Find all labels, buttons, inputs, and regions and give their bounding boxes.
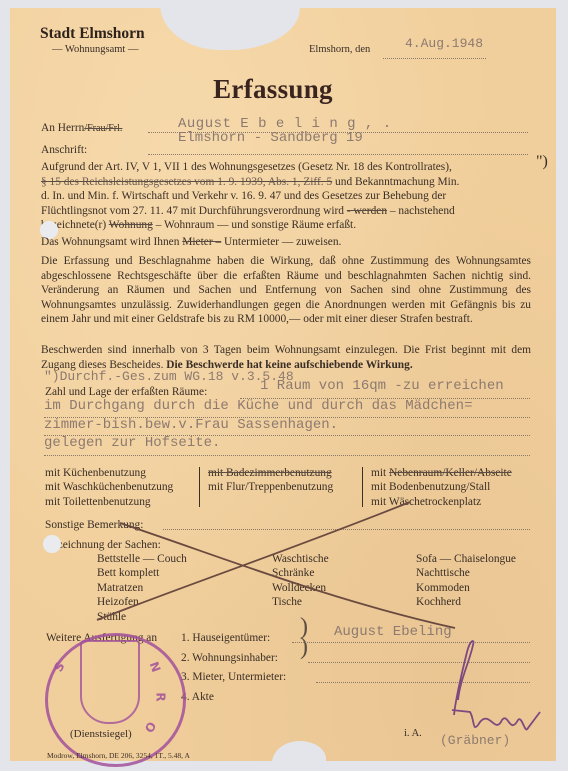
coat-of-arms-icon (80, 640, 140, 724)
item: Bett komplett (97, 566, 187, 580)
usage-toilet: mit Toilettenbenutzung (45, 495, 173, 509)
address-label: Anschrift: (41, 143, 87, 158)
items-col-3: Sofa — Chaiselongue Nachttische Kommoden… (416, 552, 516, 610)
usage-attic: mit Bodenbenutzung/Stall (371, 480, 512, 494)
legal-line-2-struck: § 15 des Reichsleistungsgesetzes vom 1. … (41, 176, 332, 188)
recipient-underline-3 (316, 682, 530, 683)
usage-drying-area: mit Wäschetrockenplatz (371, 495, 512, 509)
footnote-mark: ") (536, 155, 548, 170)
item: Sofa — Chaiselongue (416, 552, 516, 566)
item: Stühle (97, 610, 187, 624)
date-label: Elmshorn, den (309, 44, 370, 55)
item: Wolldecken (272, 581, 329, 595)
legal-line-2: § 15 des Reichsleistungsgesetzes vom 1. … (41, 175, 459, 190)
item: Nachttische (416, 566, 516, 580)
legal-line-5-struck: Wohnung (109, 219, 153, 231)
rooms-underline-4 (44, 455, 530, 456)
item: Kochherd (416, 595, 516, 609)
recipient-owner: 1. Hauseigentümer: (181, 631, 270, 646)
items-col-2: Waschtische Schränke Wolldecken Tische (272, 552, 329, 610)
recipient-typed-value: August Ebeling (334, 624, 452, 640)
salutation-struck: /Frau/Frl. (84, 123, 122, 134)
seal-ring-letter: R (154, 692, 168, 701)
usage-col-1: mit Küchenbenutzung mit Waschküchenbenut… (45, 466, 173, 509)
usage-kitchen: mit Küchenbenutzung (45, 466, 173, 480)
items-label: Bezeichnung der Sachen: (45, 538, 161, 553)
legal-line-3: d. In. und Min. f. Wirtschaft und Verkeh… (41, 189, 446, 204)
remarks-label: Sonstige Bemerkung: (45, 518, 143, 533)
salutation-herrn: An Herrn (41, 122, 84, 134)
items-col-1: Bettstelle — Couch Bett komplett Matratz… (97, 552, 187, 624)
ia-label: i. A. (404, 728, 422, 739)
legal-line-1: Aufgrund der Art. IV, V 1, VII 1 des Woh… (41, 160, 452, 175)
rooms-line-1: 1 Raum von 16qm -zu erreichen (260, 378, 504, 394)
salutation: An Herrn/Frau/Frl. (41, 121, 122, 137)
signer-typed-name: (Gräbner) (440, 733, 510, 748)
item: Tische (272, 595, 329, 609)
legal-line-5: bezeichnete(r) Wohnung – Wohnraum — und … (41, 218, 356, 233)
legal-line-5-post: – Wohnraum — und sonstige Räume erfaßt. (156, 219, 356, 231)
printer-imprint: Modrow, Elmshorn, DE 206, 3254, 1T., 5.4… (47, 751, 190, 760)
usage-storage-struck: Nebenraum/Keller/Abseite (389, 467, 512, 479)
legal-line-4-pre: Flüchtlingsnot vom 27. 11. 47 mit Durchf… (41, 205, 344, 217)
legal-line-6-pre: Das Wohnungsamt wird Ihnen (41, 236, 179, 248)
recipient-subtenant: 3. Mieter, Untermieter: (181, 670, 286, 685)
usage-bathroom-struck: mit Badezimmerbenutzung (208, 466, 333, 480)
column-divider (199, 467, 200, 507)
item: Bettstelle — Couch (97, 552, 187, 566)
item: Schränke (272, 566, 329, 580)
rooms-line-3: zimmer-bish.bew.v.Frau Sassenhagen. (44, 417, 338, 433)
legal-line-6-post: Untermieter — zuweisen. (224, 236, 341, 248)
usage-hallway: mit Flur/Treppenbenutzung (208, 480, 333, 494)
issuer-office: — Wohnungsamt — (52, 44, 138, 55)
usage-col-2: mit Badezimmerbenutzung mit Flur/Treppen… (208, 466, 333, 495)
recipient-tenant: 2. Wohnungsinhaber: (181, 651, 278, 666)
date-underline (383, 58, 486, 59)
rooms-line-2: im Durchgang durch die Küche und durch d… (44, 398, 472, 414)
legal-line-2-rest: und Bekanntmachung Min. (335, 176, 459, 188)
item: Kommoden (416, 581, 516, 595)
footnote-typed: ")Durchf.-Ges.zum WG.18 v.3.5.48 (44, 369, 294, 384)
legal-line-6-struck: Mieter – (182, 236, 221, 248)
legal-line-4-post: – nachstehend (390, 205, 455, 217)
remarks-underline (163, 529, 530, 530)
issuer-city: Stadt Elmshorn (40, 25, 145, 43)
legal-line-6: Das Wohnungsamt wird Ihnen Mieter – Unte… (41, 235, 341, 250)
seal-label: (Dienstsiegel) (70, 728, 132, 740)
column-divider (362, 467, 363, 507)
effect-paragraph: Die Erfassung und Beschlagnahme haben di… (41, 254, 531, 327)
document-title: Erfassung (0, 74, 546, 105)
recipient-underline-2 (308, 662, 530, 663)
usage-laundry: mit Waschküchenbenutzung (45, 480, 173, 494)
date-value: 4.Aug.1948 (405, 36, 483, 51)
address-value: Elmshorn - Sandberg 19 (178, 130, 363, 146)
address-underline (148, 154, 528, 155)
item: Waschtische (272, 552, 329, 566)
complaint-paragraph: Beschwerden sind innerhalb von 3 Tagen b… (41, 343, 531, 372)
legal-line-4: Flüchtlingsnot vom 27. 11. 47 mit Durchf… (41, 204, 455, 219)
usage-storage-pre: mit (371, 467, 386, 479)
rooms-line-4: gelegen zur Hofseite. (44, 435, 220, 451)
brace: ) (300, 620, 308, 635)
item: Matratzen (97, 581, 187, 595)
legal-line-4-struck: - werden (347, 205, 387, 217)
item: Heizofen (97, 595, 187, 609)
recipient-underline-1 (292, 642, 530, 643)
usage-col-3: mit Nebenraum/Keller/Abseite mit Bodenbe… (371, 466, 512, 509)
punch-hole-overlay (43, 535, 61, 553)
